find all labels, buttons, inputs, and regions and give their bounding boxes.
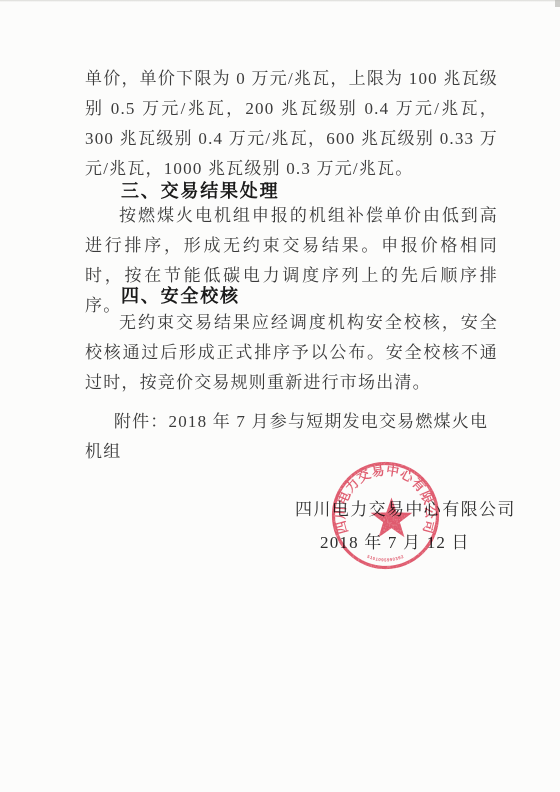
paragraph-price-limits: 单价，单价下限为 0 万元/兆瓦，上限为 100 兆瓦级别 0.5 万元/兆瓦，… — [85, 64, 498, 184]
seal-serial-number: 5101095990392 — [366, 554, 404, 563]
paragraph-security-check: 无约束交易结果应经调度机构安全校核，安全校核通过后形成正式排序予以公布。安全校核… — [85, 308, 498, 398]
section-heading-security-check: 四、安全校核 — [121, 285, 240, 307]
scan-speck-artifact — [555, 0, 560, 7]
section-heading-trade-result: 三、交易结果处理 — [121, 180, 279, 202]
document-page: 单价，单价下限为 0 万元/兆瓦，上限为 100 兆瓦级别 0.5 万元/兆瓦，… — [0, 0, 560, 792]
scan-edge-artifact — [0, 0, 560, 2]
seal-star-icon — [371, 498, 413, 538]
seal-graphic: 四川电力交易中心有限公司 5101095990392 — [327, 457, 444, 574]
company-seal-stamp: 四川电力交易中心有限公司 5101095990392 — [327, 457, 444, 574]
svg-text:5101095990392: 5101095990392 — [366, 554, 404, 563]
